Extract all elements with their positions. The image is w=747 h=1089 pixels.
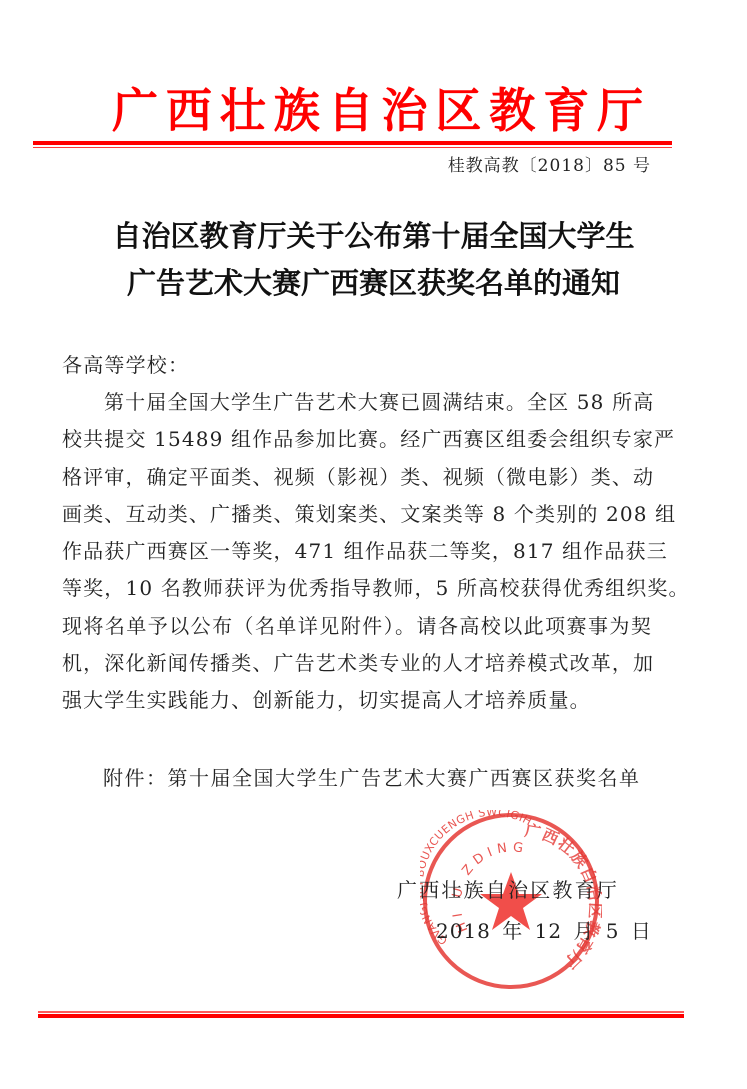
document-number: 桂教高教〔2018〕85 号 — [448, 153, 651, 179]
header-rule-thin — [33, 147, 672, 148]
paragraph-line: 强大学生实践能力、创新能力，切实提高人才培养质量。 — [62, 686, 652, 723]
paragraph-line: 机，深化新闻传播类、广告艺术类专业的人才培养模式改革，加 — [62, 649, 652, 686]
header-rule-thick — [33, 141, 672, 145]
salutation: 各高等学校： — [62, 352, 652, 378]
footer-rule-thick — [38, 1014, 684, 1018]
issuing-organization-header: 广西壮族自治区教育厅 — [112, 84, 592, 140]
paragraph-line: 现将名单予以公布（名单详见附件）。请各高校以此项赛事为契 — [62, 612, 652, 649]
footer-rule-thin — [38, 1011, 684, 1013]
signing-organization: 广西壮族自治区教育厅 — [397, 876, 619, 904]
attachment-reference: 附件：第十届全国大学生广告艺术大赛广西赛区获奖名单 — [103, 764, 641, 792]
paragraph-line: 等奖，10 名教师获评为优秀指导教师，5 所高校获得优秀组织奖。 — [62, 574, 652, 611]
paragraph-line: 作品获广西赛区一等奖，471 组作品获二等奖，817 组作品获三 — [62, 537, 652, 574]
paragraph-line: 第十届全国大学生广告艺术大赛已圆满结束。全区 58 所高 — [62, 388, 652, 425]
body-paragraph: 第十届全国大学生广告艺术大赛已圆满结束。全区 58 所高 校共提交 15489 … — [62, 388, 652, 724]
paragraph-line: 格评审，确定平面类、视频（影视）类、视频（微电影）类、动 — [62, 463, 652, 500]
paragraph-line: 校共提交 15489 组作品参加比赛。经广西赛区组委会组织专家严 — [62, 425, 652, 462]
paragraph-line: 画类、互动类、广播类、策划案类、文案类等 8 个类别的 208 组 — [62, 500, 652, 537]
document-title-line-1: 自治区教育厅关于公布第十届全国大学生 — [0, 216, 747, 256]
document-title-line-2: 广告艺术大赛广西赛区获奖名单的通知 — [0, 263, 747, 303]
signing-date: 2018 年 12 月 5 日 — [436, 917, 652, 945]
